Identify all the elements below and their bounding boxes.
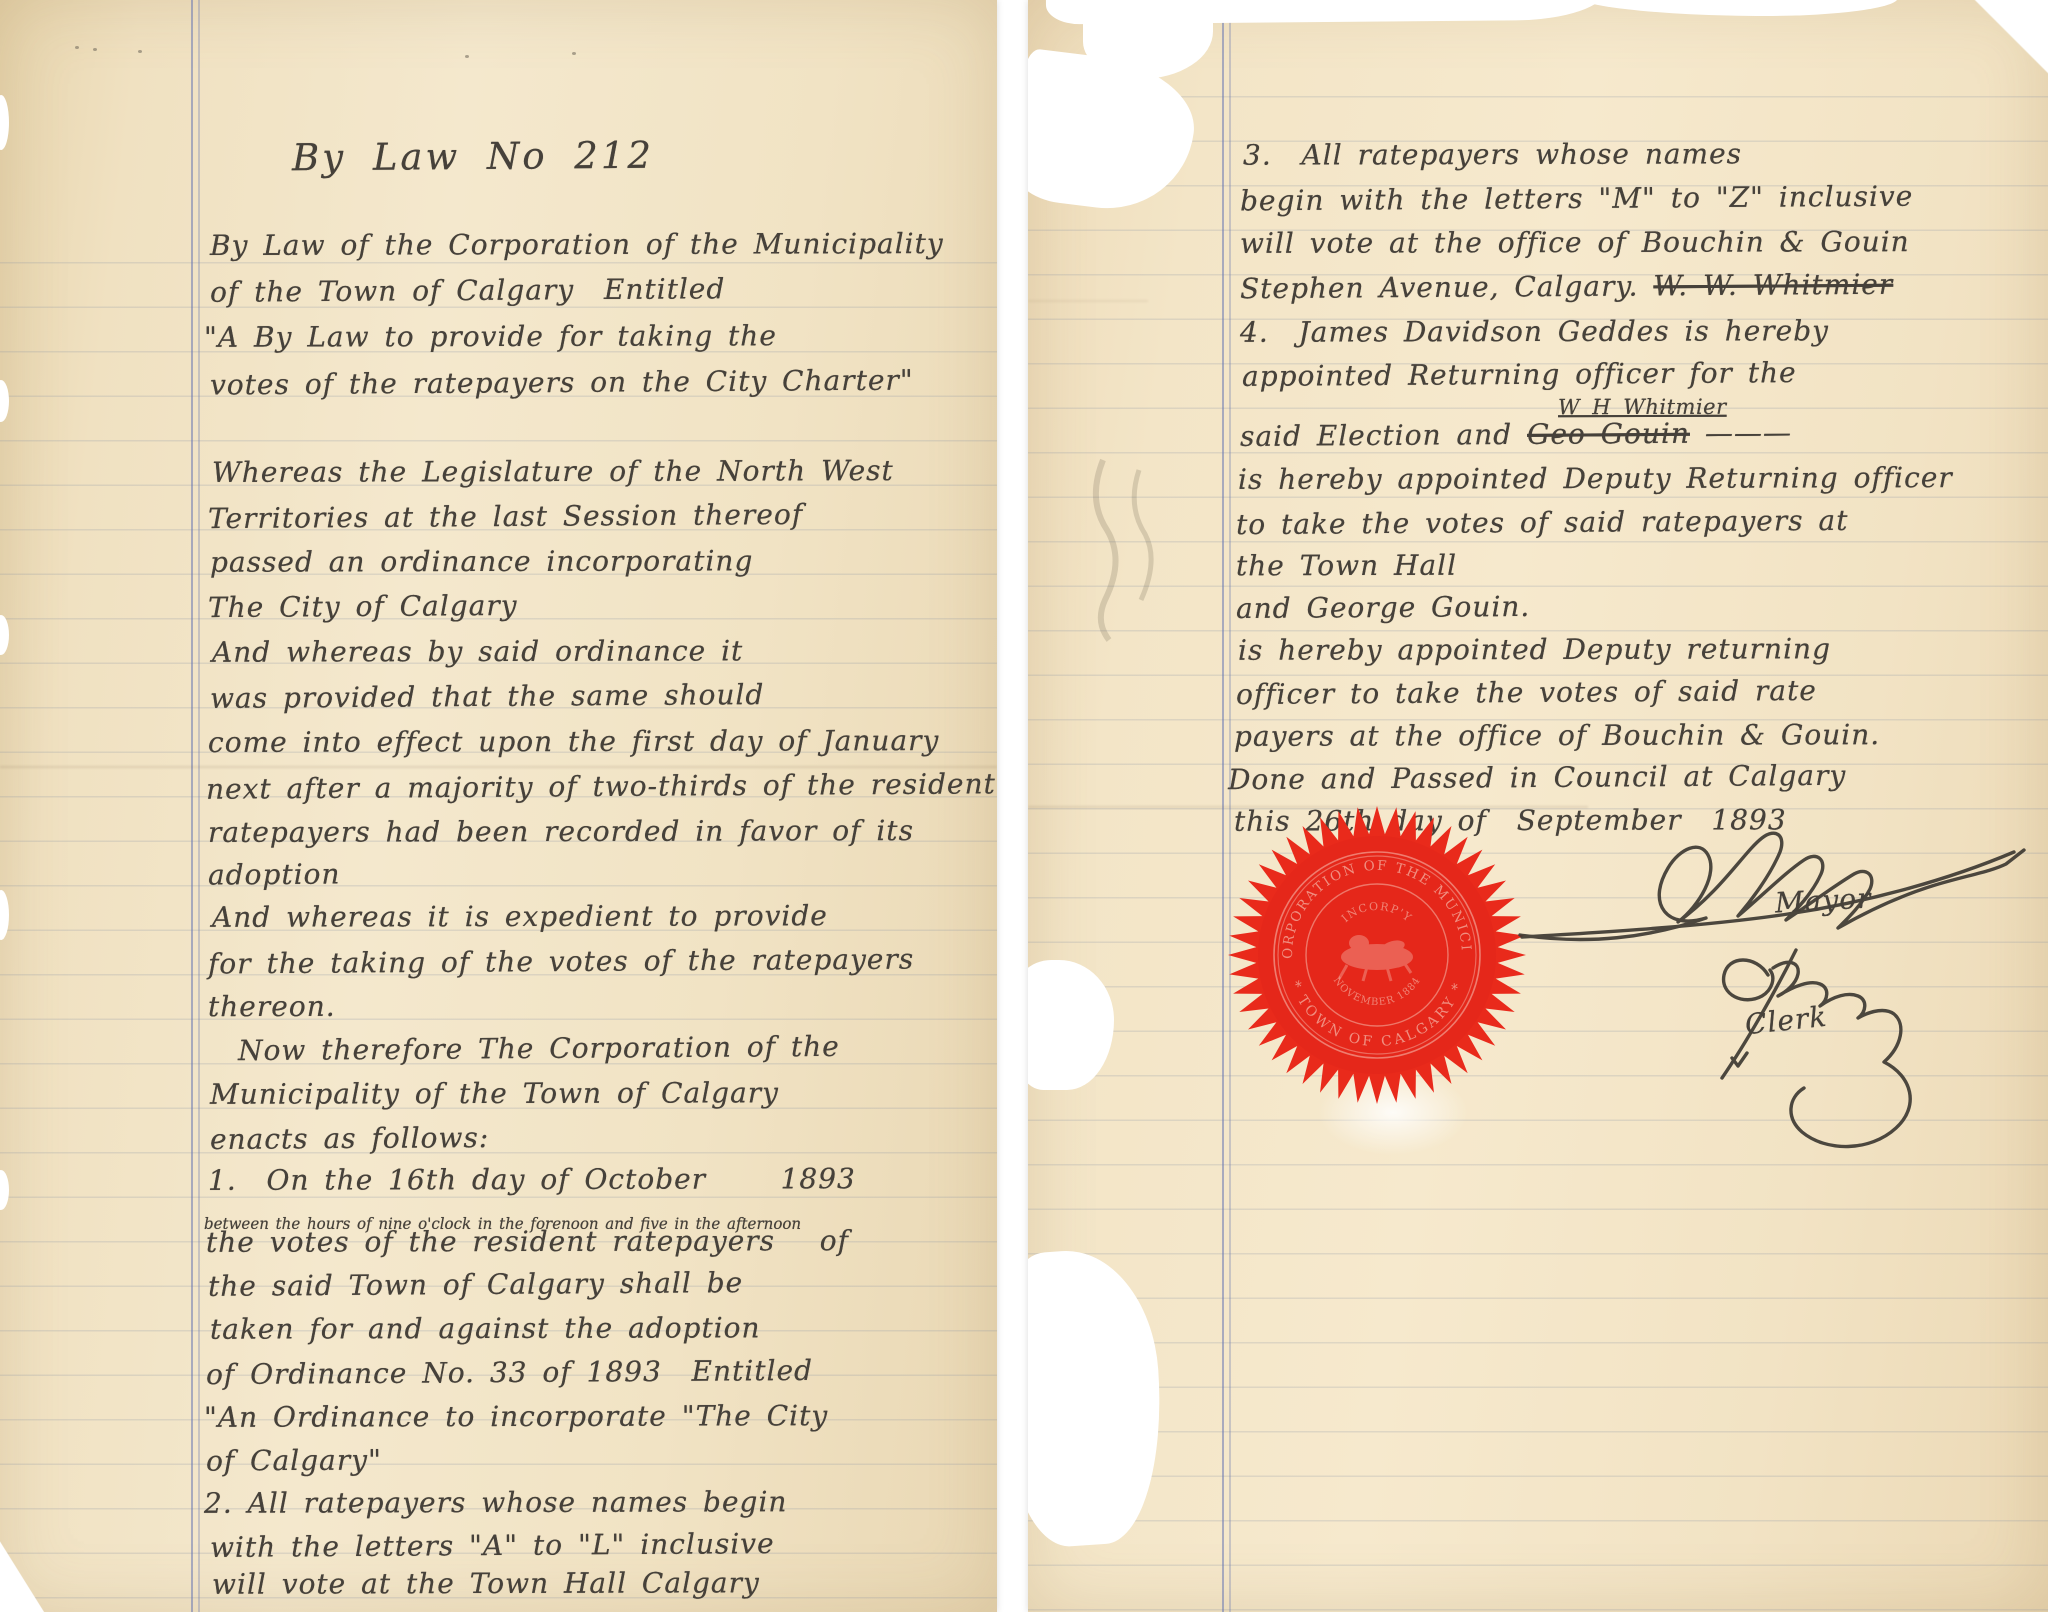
handwriting-line: of Ordinance No. 33 of 1893 Entitled (206, 1354, 813, 1392)
torn-corner (0, 1537, 50, 1612)
bylaw-title: By Law No 212 (292, 139, 654, 176)
document-scan: By Law No 212 By Law of the Corporation … (0, 0, 2048, 1612)
page-right: 3. All ratepayers whose names begin with… (1028, 0, 2048, 1612)
handwriting-line: with the letters "A" to "L" inclusive (210, 1527, 775, 1565)
handwriting-line: of the Town of Calgary Entitled (210, 272, 726, 310)
bleed-through-marks (1043, 440, 1203, 660)
handwriting-segment: Stephen Avenue, Calgary. (1240, 269, 1654, 305)
handwriting-line: for the taking of the votes of the ratep… (208, 943, 914, 982)
handwriting-line: And whereas by said ordinance it (212, 634, 743, 669)
handwriting-line: "A By Law to provide for taking the (204, 319, 777, 354)
handwriting-line: was provided that the same should (210, 678, 765, 716)
ink-speck (138, 50, 142, 53)
torn-corner (1953, 0, 2048, 95)
struck-out-name: Geo Gouin (1527, 417, 1690, 451)
handwriting-line: thereon. (208, 990, 336, 1024)
handwriting-line: will vote at the Town Hall Calgary (212, 1566, 760, 1601)
handwriting-line: Now therefore The Corporation of the (238, 1030, 840, 1068)
handwriting-line: By Law of the Corporation of the Municip… (210, 227, 944, 263)
handwriting-line: begin with the letters "M" to "Z" inclus… (1240, 180, 1913, 219)
handwriting-segment: ——— (1690, 416, 1792, 450)
handwriting-line: appointed Returning officer for the (1242, 356, 1797, 394)
handwriting-line: 1. On the 16th day of October 1893 (208, 1162, 856, 1198)
fold-crease (1028, 300, 1148, 302)
handwriting-line: come into effect upon the first day of J… (208, 724, 939, 760)
handwriting-line: officer to take the votes of said rate (1236, 674, 1817, 712)
handwriting-line: 3. All ratepayers whose names (1243, 137, 1742, 172)
handwriting-line: taken for and against the adoption (210, 1311, 761, 1346)
ink-speck (93, 48, 97, 51)
handwriting-line: "An Ordinance to incorporate "The City (204, 1399, 828, 1435)
handwriting-line: said Election and Geo Gouin ——— (1240, 416, 1792, 454)
handwriting-line: Done and Passed in Council at Calgary (1228, 759, 1846, 797)
handwriting-line: of Calgary" (206, 1443, 382, 1478)
handwriting-line: Whereas the Legislature of the North Wes… (212, 454, 894, 490)
handwriting-line: 4. James Davidson Geddes is hereby (1240, 314, 1829, 350)
handwriting-line: The City of Calgary (208, 589, 518, 625)
handwriting-line: and George Gouin. (1236, 590, 1531, 626)
ink-speck (465, 55, 469, 58)
handwriting-line: the Town Hall (1236, 549, 1457, 584)
handwriting-line: is hereby appointed Deputy Returning off… (1238, 461, 1953, 497)
handwriting-line: Stephen Avenue, Calgary. W. W. Whitmier (1240, 268, 1893, 307)
ink-speck (75, 46, 79, 49)
handwriting-line: is hereby appointed Deputy returning (1238, 632, 1831, 668)
handwriting-line: adoption (208, 858, 341, 893)
handwriting-line: Territories at the last Session thereof (208, 498, 803, 536)
handwriting-line: passed an ordinance incorporating (210, 544, 753, 579)
torn-edge (0, 95, 9, 150)
margin-line (198, 0, 200, 1612)
page-left: By Law No 212 By Law of the Corporation … (0, 0, 997, 1612)
handwriting-line: ratepayers had been recorded in favor of… (208, 814, 914, 850)
handwriting-line: payers at the office of Bouchin & Gouin. (1234, 718, 1880, 754)
handwriting-line: 2. All ratepayers whose names begin (204, 1485, 788, 1521)
handwriting-line: the said Town of Calgary shall be (208, 1266, 743, 1304)
torn-top-edge (1568, 0, 1898, 16)
handwriting-line: to take the votes of said ratepayers at (1236, 504, 1849, 542)
torn-corner-chunk (1083, 0, 1213, 79)
handwriting-line: next after a majority of two-thirds of t… (206, 767, 996, 807)
handwriting-line: And whereas it is expedient to provide (212, 899, 828, 935)
mayor-title: Mayor (1774, 881, 1872, 920)
handwriting-line: will vote at the office of Bouchin & Gou… (1240, 225, 1910, 261)
handwriting-segment: said Election and (1240, 418, 1527, 453)
corporate-seal: THE CORPORATION OF THE MUNICIPALITY * TO… (1227, 805, 1527, 1105)
handwriting-line: votes of the ratepayers on the City Char… (210, 364, 914, 403)
handwriting-line: the votes of the resident ratepayers of (206, 1224, 849, 1260)
struck-out-name: W. W. Whitmier (1653, 268, 1893, 303)
handwriting-line: Municipality of the Town of Calgary (210, 1076, 779, 1111)
handwriting-line: enacts as follows: (210, 1121, 489, 1157)
margin-line (191, 0, 193, 1612)
ink-speck (572, 52, 576, 55)
